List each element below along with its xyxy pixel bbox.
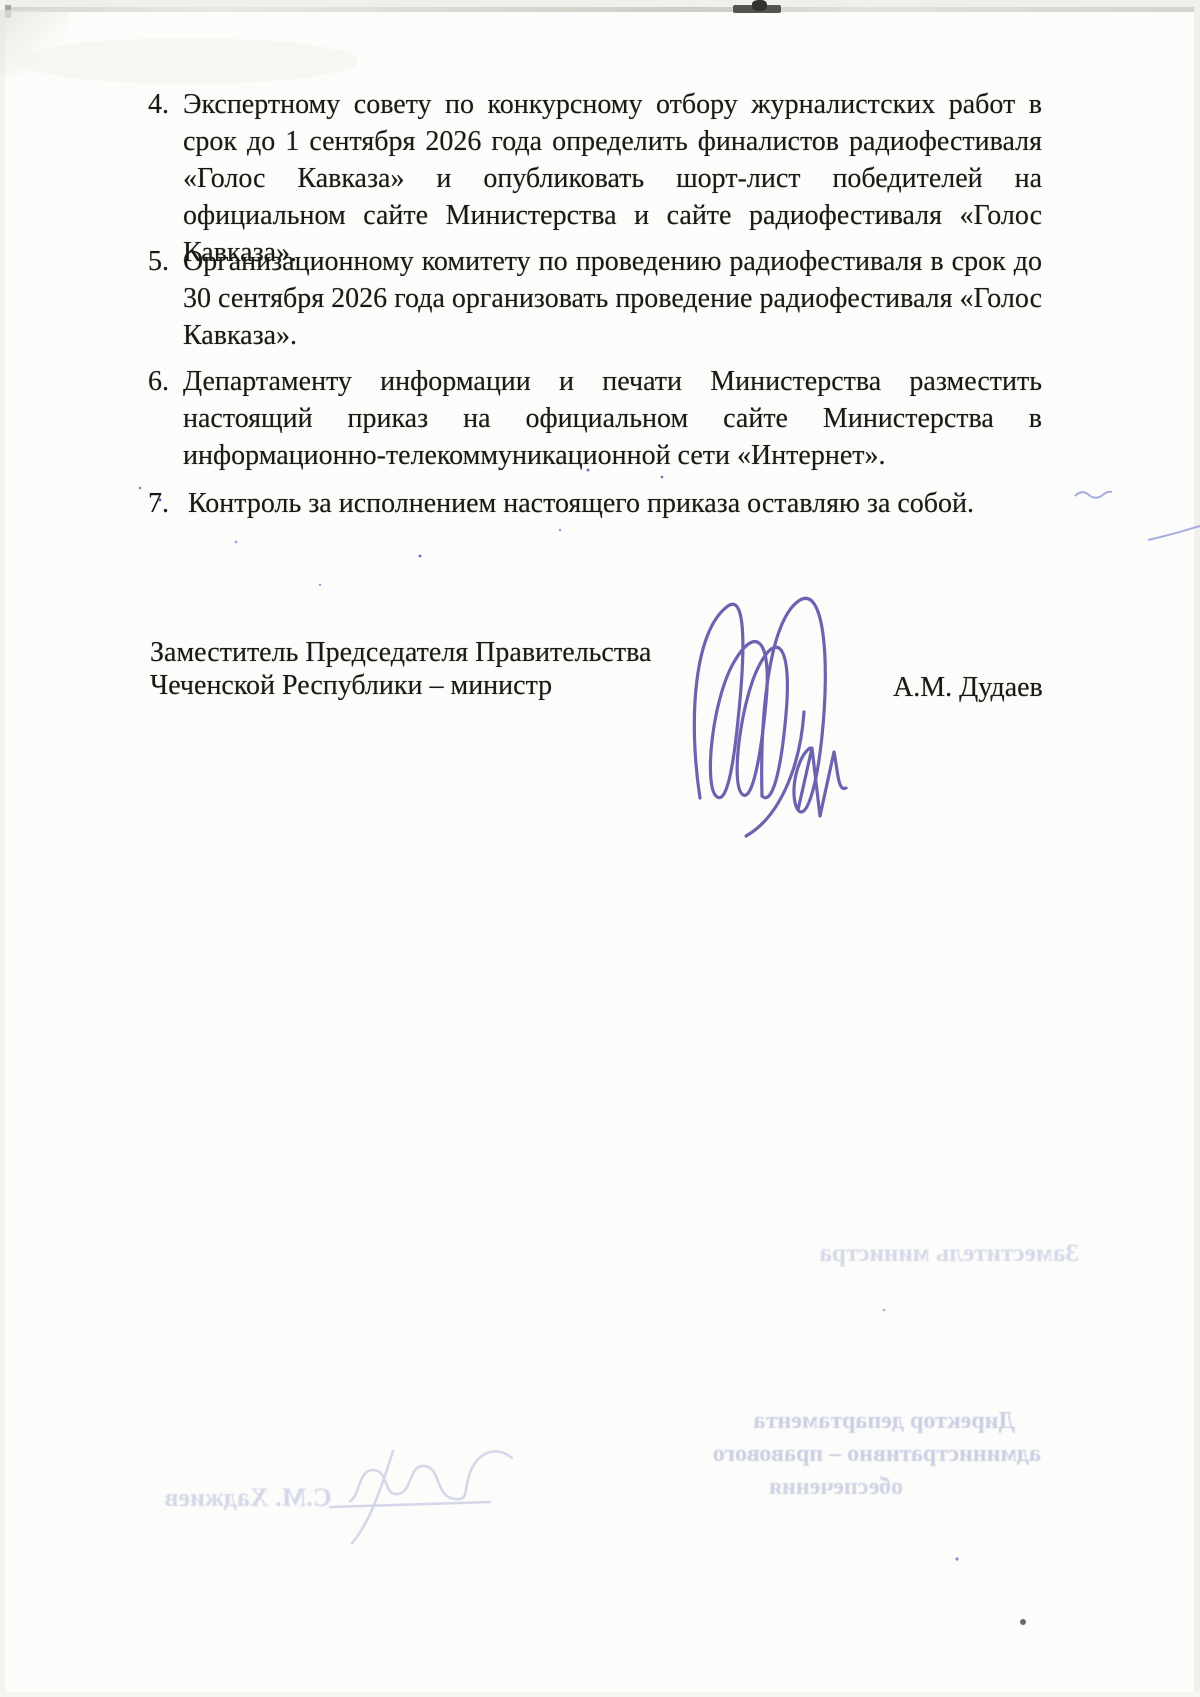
scan-right-edge <box>1194 0 1200 1697</box>
scan-left-edge <box>0 0 5 1697</box>
signature-title-line2: Чеченской Республики – министр <box>150 669 651 702</box>
bleed-through-name: С.М. Хаджиев <box>146 1483 350 1513</box>
order-item-7: 7. Контроль за исполнением настоящего пр… <box>148 485 1042 522</box>
signer-name: А.М. Дудаев <box>893 672 1043 704</box>
bleed-through-signature <box>330 1451 512 1543</box>
pen-squiggle-right-edge <box>1075 492 1200 540</box>
order-item-6: 6. Департаменту информации и печати Мини… <box>148 363 1042 474</box>
item-text: Контроль за исполнением настоящего прика… <box>148 485 1042 522</box>
scan-corner-shade <box>0 10 70 76</box>
scanned-order-page: { "document": { "items": [ {"number": "4… <box>0 0 1200 1697</box>
item-number: 6. <box>148 363 169 400</box>
item-number: 4. <box>148 86 169 123</box>
scan-smudge <box>18 38 358 84</box>
signature-title: Заместитель Председателя Правительства Ч… <box>150 636 651 702</box>
item-number: 7. <box>148 485 169 522</box>
signature-title-line1: Заместитель Председателя Правительства <box>150 636 651 669</box>
signature-handwritten <box>694 598 846 836</box>
scan-top-edge-blob <box>752 0 767 11</box>
scan-top-edge-dark-segment <box>733 5 781 13</box>
bleed-through-label-director-line1: Директор департамента <box>779 1408 1015 1435</box>
scan-top-edge <box>0 0 1200 7</box>
bleed-through-label-director-line2: административно – правового <box>715 1441 1041 1468</box>
bleed-through-label-deputy-minister: Заместитель министра <box>810 1240 1088 1268</box>
scan-top-edge-line <box>0 7 1200 12</box>
bleed-through-label-director-line3: обеспечения <box>758 1474 914 1501</box>
order-item-5: 5. Организационному комитету по проведен… <box>148 243 1042 354</box>
scan-bottom-edge <box>0 1692 1200 1697</box>
item-text: Организационному комитету по проведению … <box>148 243 1042 354</box>
scan-corner-mark <box>0 5 11 18</box>
item-text: Департаменту информации и печати Министе… <box>148 363 1042 474</box>
item-number: 5. <box>148 243 169 280</box>
